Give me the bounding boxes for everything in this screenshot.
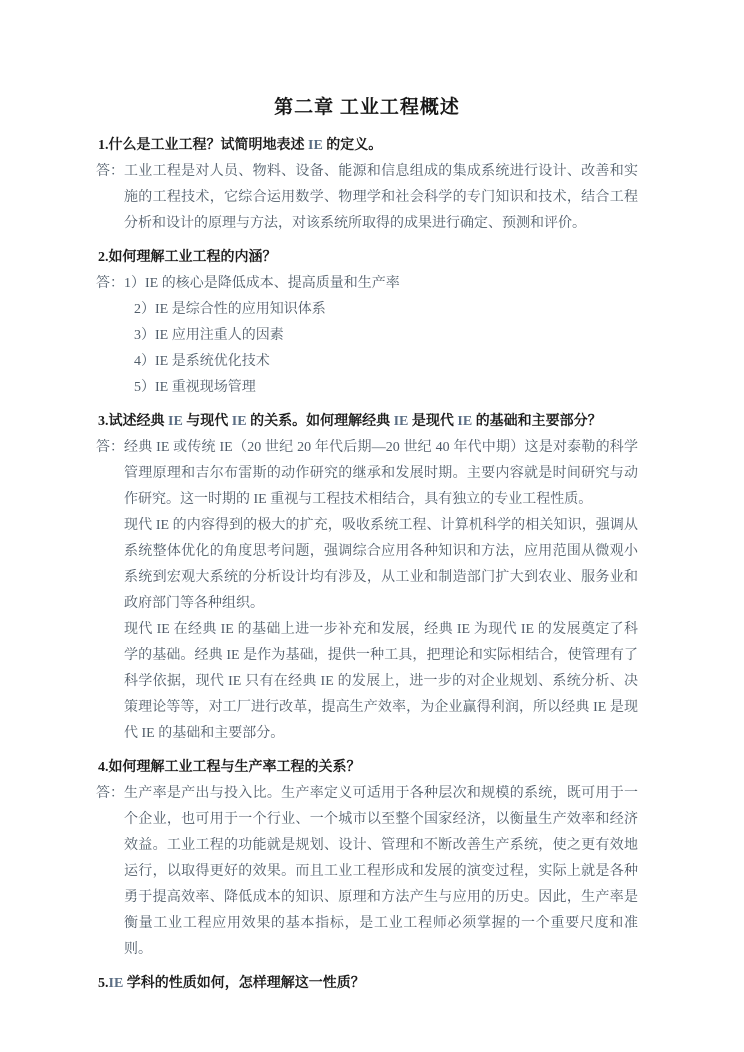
qa-section-2: 2.如何理解工业工程的内涵？ 答： 1）IE 的核心是降低成本、提高质量和生产率… <box>96 245 638 401</box>
answer-list-item: 4）IE 是系统优化技术 <box>124 349 638 375</box>
answer-1: 答： 工业工程是对人员、物料、设备、能源和信息组成的集成系统进行设计、改善和实施… <box>96 159 638 237</box>
question-1: 1.什么是工业工程？试简明地表述 IE 的定义。 <box>98 133 638 159</box>
answer-label: 答： <box>96 159 124 185</box>
answer-list-item: 5）IE 重视现场管理 <box>124 375 638 401</box>
question-3: 3.试述经典 IE 与现代 IE 的关系。如何理解经典 IE 是现代 IE 的基… <box>98 409 638 435</box>
answer-paragraph: 生产率是产出与投入比。生产率定义可适用于各种层次和规模的系统，既可用于一个企业，… <box>124 781 638 963</box>
qa-section-1: 1.什么是工业工程？试简明地表述 IE 的定义。 答： 工业工程是对人员、物料、… <box>96 133 638 237</box>
answer-list-item: 3）IE 应用注重人的因素 <box>124 323 638 349</box>
answer-body: 工业工程是对人员、物料、设备、能源和信息组成的集成系统进行设计、改善和实施的工程… <box>124 159 638 237</box>
answer-body: 生产率是产出与投入比。生产率定义可适用于各种层次和规模的系统，既可用于一个企业，… <box>124 781 638 963</box>
answer-paragraph: 现代 IE 的内容得到的极大的扩充，吸收系统工程、计算机科学的相关知识，强调从系… <box>124 513 638 617</box>
question-5: 5.IE 学科的性质如何，怎样理解这一性质？ <box>98 971 638 997</box>
document-page: 第二章 工业工程概述 1.什么是工业工程？试简明地表述 IE 的定义。 答： 工… <box>0 0 744 1052</box>
answer-4: 答： 生产率是产出与投入比。生产率定义可适用于各种层次和规模的系统，既可用于一个… <box>96 781 638 963</box>
question-4: 4.如何理解工业工程与生产率工程的关系？ <box>98 755 638 781</box>
answer-paragraph: 经典 IE 或传统 IE（20 世纪 20 年代后期—20 世纪 40 年代中期… <box>124 435 638 513</box>
answer-list-item: 2）IE 是综合性的应用知识体系 <box>124 297 638 323</box>
answer-3: 答： 经典 IE 或传统 IE（20 世纪 20 年代后期—20 世纪 40 年… <box>96 435 638 747</box>
answer-list-item: 1）IE 的核心是降低成本、提高质量和生产率 <box>124 271 638 297</box>
page-title: 第二章 工业工程概述 <box>96 96 638 120</box>
answer-paragraph: 现代 IE 在经典 IE 的基础上进一步补充和发展，经典 IE 为现代 IE 的… <box>124 617 638 747</box>
answer-label: 答： <box>96 271 124 297</box>
qa-section-4: 4.如何理解工业工程与生产率工程的关系？ 答： 生产率是产出与投入比。生产率定义… <box>96 755 638 963</box>
qa-section-3: 3.试述经典 IE 与现代 IE 的关系。如何理解经典 IE 是现代 IE 的基… <box>96 409 638 747</box>
question-2: 2.如何理解工业工程的内涵？ <box>98 245 638 271</box>
answer-body: 经典 IE 或传统 IE（20 世纪 20 年代后期—20 世纪 40 年代中期… <box>124 435 638 747</box>
answer-label: 答： <box>96 781 124 807</box>
qa-section-5: 5.IE 学科的性质如何，怎样理解这一性质？ <box>96 971 638 997</box>
answer-paragraph: 工业工程是对人员、物料、设备、能源和信息组成的集成系统进行设计、改善和实施的工程… <box>124 159 638 237</box>
answer-2: 答： 1）IE 的核心是降低成本、提高质量和生产率 2）IE 是综合性的应用知识… <box>96 271 638 401</box>
answer-body: 1）IE 的核心是降低成本、提高质量和生产率 2）IE 是综合性的应用知识体系 … <box>124 271 638 401</box>
answer-label: 答： <box>96 435 124 461</box>
